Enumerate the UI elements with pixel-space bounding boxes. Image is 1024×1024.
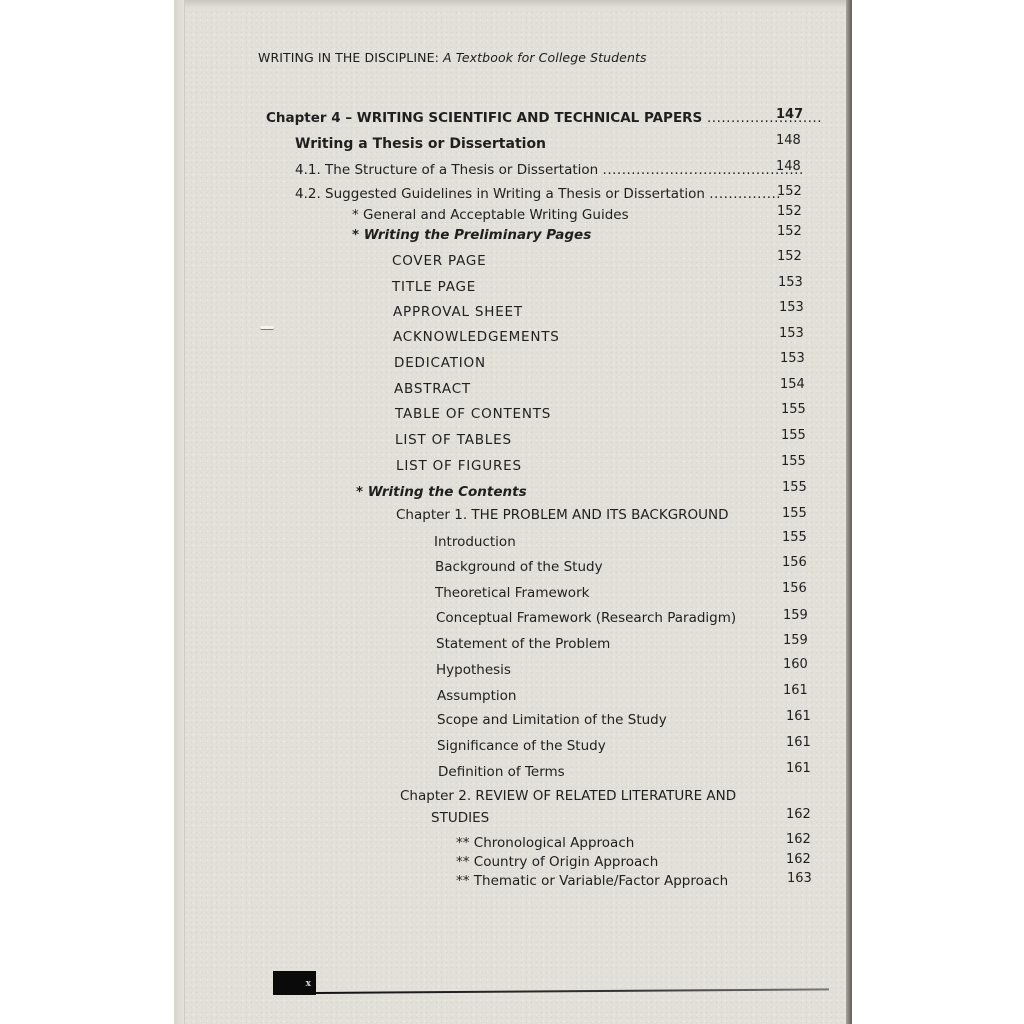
toc-entry-title: 4.1. The Structure of a Thesis or Disser…	[295, 162, 598, 178]
toc-entry-writing-contents[interactable]: * Writing the Contents 155	[356, 484, 527, 500]
toc-entry-title: Definition of Terms	[438, 764, 565, 780]
toc-entry-title: Chapter 2. REVIEW OF RELATED LITERATURE …	[400, 788, 736, 804]
toc-page-number: 153	[779, 326, 804, 341]
toc-entry-title: Theoretical Framework	[435, 585, 589, 601]
toc-page-number: 161	[786, 709, 811, 724]
toc-entry-title: TABLE OF CONTENTS	[395, 406, 551, 422]
toc-entry-hypothesis[interactable]: Hypothesis 160	[436, 662, 511, 678]
toc-entry-title: Writing a Thesis or Dissertation	[295, 136, 546, 152]
toc-entry-title: Conceptual Framework (Research Paradigm)	[436, 610, 736, 626]
toc-page-number: 160	[783, 657, 808, 672]
toc-entry-chronological[interactable]: ** Chronological Approach 162	[456, 835, 634, 851]
toc-page-number: 148	[776, 159, 801, 174]
toc-page-number: 159	[783, 633, 808, 648]
toc-entry-dedication[interactable]: DEDICATION 153	[394, 355, 486, 371]
toc-entry-abstract[interactable]: ABSTRACT 154	[394, 381, 471, 397]
toc-page-number: 155	[781, 454, 806, 469]
toc-entry-title: Scope and Limitation of the Study	[437, 712, 667, 728]
toc-entry-table-of-contents[interactable]: TABLE OF CONTENTS 155	[395, 406, 551, 422]
toc-entry-title: ** Thematic or Variable/Factor Approach	[456, 873, 728, 889]
page-number-box: x	[273, 971, 316, 995]
toc-entry-approval-sheet[interactable]: APPROVAL SHEET 153	[393, 304, 523, 320]
toc-page-number: 161	[786, 735, 811, 750]
toc-page-number: 153	[780, 351, 805, 366]
toc-entry-chapter-4[interactable]: Chapter 4 – WRITING SCIENTIFIC AND TECHN…	[266, 110, 822, 126]
toc-page-number: 153	[779, 300, 804, 315]
toc-page-number: 155	[782, 506, 807, 521]
toc-entry-title: LIST OF TABLES	[395, 432, 512, 448]
toc-page-number: 161	[783, 683, 808, 698]
toc-entry-theoretical-framework[interactable]: Theoretical Framework 156	[435, 585, 589, 601]
toc-page-number: 162	[786, 852, 811, 867]
toc-page-number: 155	[782, 480, 807, 495]
toc-entry-title: ** Country of Origin Approach	[456, 854, 658, 870]
toc-page-number: 155	[782, 530, 807, 545]
toc-entry-title: Introduction	[434, 534, 516, 550]
toc-page-number: 161	[786, 761, 811, 776]
toc-entry-title: ACKNOWLEDGEMENTS	[393, 329, 560, 345]
toc-leader-dots: ...............	[709, 186, 781, 202]
toc-entry-country-of-origin[interactable]: ** Country of Origin Approach 162	[456, 854, 658, 870]
toc-entry-title: Assumption	[437, 688, 516, 704]
toc-entry-statement-of-problem[interactable]: Statement of the Problem 159	[436, 636, 610, 652]
toc-entry-list-of-figures[interactable]: LIST OF FIGURES 155	[396, 458, 522, 474]
toc-entry-cover-page[interactable]: COVER PAGE 152	[392, 253, 487, 269]
toc-entry-chapter-2[interactable]: Chapter 2. REVIEW OF RELATED LITERATURE …	[400, 788, 736, 804]
toc-page-number: 148	[776, 133, 801, 148]
toc-entry-chapter-1[interactable]: Chapter 1. THE PROBLEM AND ITS BACKGROUN…	[396, 507, 729, 523]
toc-page-number: 156	[782, 581, 807, 596]
toc-page-number: 159	[783, 608, 808, 623]
toc-entry-preliminary-pages[interactable]: * Writing the Preliminary Pages 152	[352, 227, 591, 243]
toc-entry-definition-of-terms[interactable]: Definition of Terms 161	[438, 764, 565, 780]
toc-entry-writing-thesis[interactable]: Writing a Thesis or Dissertation 148	[295, 136, 546, 152]
toc-entry-title: Background of the Study	[435, 559, 603, 575]
toc-page-number: 152	[777, 249, 802, 264]
toc-entry-title-page[interactable]: TITLE PAGE 153	[392, 279, 476, 295]
toc-entry-4-1[interactable]: 4.1. The Structure of a Thesis or Disser…	[295, 162, 804, 178]
toc-entry-title: DEDICATION	[394, 355, 486, 371]
toc-page-number: 155	[781, 428, 806, 443]
toc-page-number: 152	[777, 184, 802, 199]
toc-entry-title: APPROVAL SHEET	[393, 304, 523, 320]
toc-entry-assumption[interactable]: Assumption 161	[437, 688, 516, 704]
toc-entry-title: TITLE PAGE	[392, 279, 476, 295]
toc-page-number: 163	[787, 871, 812, 886]
toc-entry-title: LIST OF FIGURES	[396, 458, 522, 474]
toc-entry-4-2[interactable]: 4.2. Suggested Guidelines in Writing a T…	[295, 186, 781, 202]
toc-page-number: 156	[782, 555, 807, 570]
toc-entry-title: 4.2. Suggested Guidelines in Writing a T…	[295, 186, 705, 202]
toc-entry-title: * General and Acceptable Writing Guides	[352, 207, 629, 223]
toc-entry-acknowledgements[interactable]: ACKNOWLEDGEMENTS 153	[393, 329, 560, 345]
page-number: x	[306, 979, 311, 989]
toc-entry-background[interactable]: Background of the Study 156	[435, 559, 603, 575]
toc-entry-thematic[interactable]: ** Thematic or Variable/Factor Approach …	[456, 873, 728, 889]
toc-page-number: 152	[777, 224, 802, 239]
toc-entry-scope-limitation[interactable]: Scope and Limitation of the Study 161	[437, 712, 667, 728]
toc-page-number: 162	[786, 832, 811, 847]
toc-entry-significance[interactable]: Significance of the Study 161	[437, 738, 606, 754]
toc-entry-title: Statement of the Problem	[436, 636, 610, 652]
toc-entry-title: ** Chronological Approach	[456, 835, 634, 851]
toc-page-number: 153	[778, 275, 803, 290]
toc-entry-title: Significance of the Study	[437, 738, 606, 754]
toc-page-number: 152	[777, 204, 802, 219]
toc-entry-title: COVER PAGE	[392, 253, 487, 269]
toc-entry-title: Chapter 1. THE PROBLEM AND ITS BACKGROUN…	[396, 507, 729, 523]
toc-entry-general-guides[interactable]: * General and Acceptable Writing Guides …	[352, 207, 629, 223]
toc-entry-title: * Writing the Preliminary Pages	[352, 227, 591, 243]
toc-entry-introduction[interactable]: Introduction 155	[434, 534, 516, 550]
toc-entry-title: ABSTRACT	[394, 381, 471, 397]
toc-entry-chapter-2-cont[interactable]: STUDIES 162	[431, 810, 489, 826]
toc-page-number: 154	[780, 377, 805, 392]
toc-leader-dots: ........................	[707, 110, 822, 126]
toc-entry-list-of-tables[interactable]: LIST OF TABLES 155	[395, 432, 512, 448]
toc-entry-title: STUDIES	[431, 810, 489, 826]
toc-page-number: 147	[776, 107, 803, 122]
toc-entry-conceptual-framework[interactable]: Conceptual Framework (Research Paradigm)…	[436, 610, 736, 626]
toc-leader-dots: ........................................…	[603, 162, 804, 178]
toc-entry-title: Hypothesis	[436, 662, 511, 678]
toc-entry-title: Chapter 4 – WRITING SCIENTIFIC AND TECHN…	[266, 110, 702, 126]
toc-entry-title: * Writing the Contents	[356, 484, 527, 500]
table-of-contents: Chapter 4 – WRITING SCIENTIFIC AND TECHN…	[0, 0, 1024, 1024]
toc-page-number: 155	[781, 402, 806, 417]
toc-page-number: 162	[786, 807, 811, 822]
